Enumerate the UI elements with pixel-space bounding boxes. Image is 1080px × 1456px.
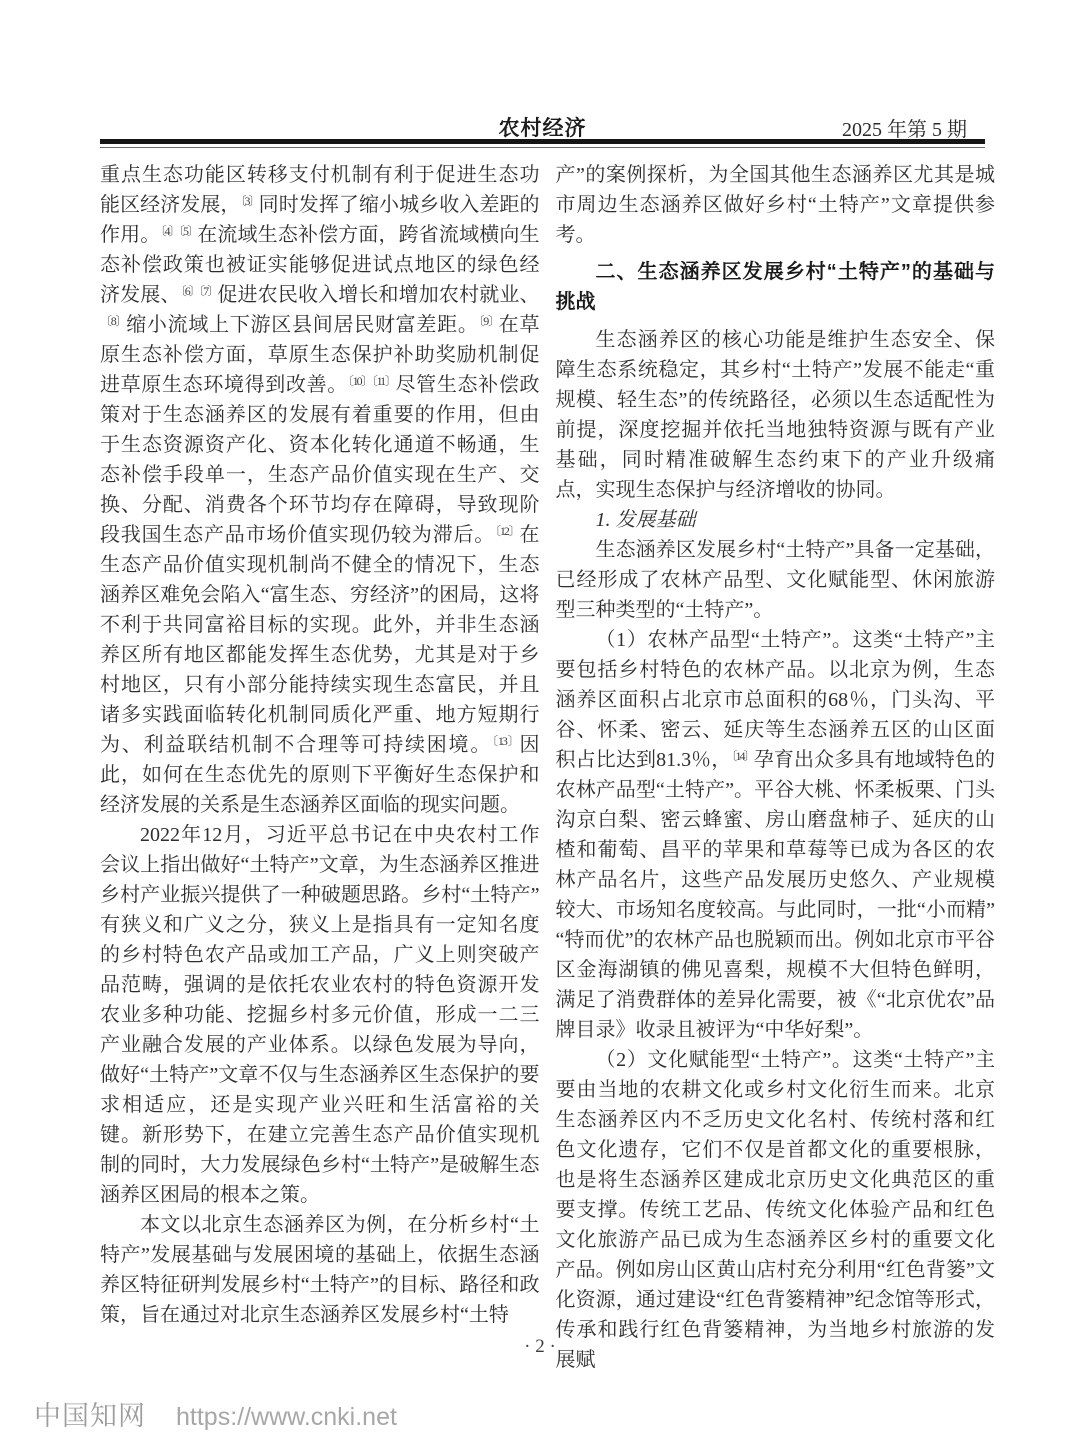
citation-marker: 〔11〕	[372, 374, 396, 388]
cnki-site-name: 中国知网	[34, 1394, 146, 1433]
cnki-url: https://www.cnki.net	[176, 1403, 397, 1432]
sub-heading: 1. 发展基础	[556, 505, 996, 535]
paragraph: 本文以北京生态涵养区为例，在分析乡村“土特产”发展基础与发展困境的基础上，依据生…	[100, 1210, 540, 1330]
left-column: 重点生态功能区转移支付机制有利于促进生态功能区经济发展，〔3〕同时发挥了缩小城乡…	[100, 160, 540, 1375]
issue-info: 2025 年第 5 期	[842, 113, 967, 142]
citation-marker: 〔8〕	[100, 314, 126, 328]
paragraph: 生态涵养区发展乡村“土特产”具备一定基础，已经形成了农林产品型、文化赋能型、休闲…	[556, 535, 996, 625]
document-page: 农村经济 2025 年第 5 期 重点生态功能区转移支付机制有利于促进生态功能区…	[0, 0, 1080, 1456]
paragraph: （2）文化赋能型“土特产”。这类“土特产”主要由当地的农耕文化或乡村文化衍生而来…	[556, 1045, 996, 1375]
paragraph: （1）农林产品型“土特产”。这类“土特产”主要包括乡村特色的农林产品。以北京为例…	[556, 625, 996, 1045]
page-number: · 2 ·	[0, 1336, 1080, 1358]
header-divider	[100, 139, 985, 148]
citation-marker: 〔13〕	[492, 734, 519, 748]
paragraph: 2022年12月，习近平总书记在中央农村工作会议上指出做好“土特产”文章，为生态…	[100, 820, 540, 1210]
right-column: 产”的案例探析，为全国其他生态涵养区尤其是城市周边生态涵养区做好乡村“土特产”文…	[556, 160, 996, 1375]
journal-title: 农村经济	[499, 112, 587, 142]
running-head: 农村经济 2025 年第 5 期	[100, 112, 985, 142]
paragraph: 生态涵养区的核心功能是维护生态安全、保障生态系统稳定，其乡村“土特产”发展不能走…	[556, 325, 996, 505]
citation-marker: 〔10〕	[348, 374, 372, 388]
paragraph: 重点生态功能区转移支付机制有利于促进生态功能区经济发展，〔3〕同时发挥了缩小城乡…	[100, 160, 540, 820]
citation-marker: 〔5〕	[179, 224, 197, 238]
citation-marker: 〔14〕	[731, 749, 753, 763]
citation-marker: 〔12〕	[495, 524, 519, 538]
citation-marker: 〔3〕	[240, 194, 258, 208]
cnki-watermark: 中国知网 https://www.cnki.net	[34, 1394, 397, 1433]
section-heading: 二、生态涵养区发展乡村“土特产”的基础与挑战	[556, 257, 996, 317]
citation-marker: 〔9〕	[479, 314, 499, 328]
citation-marker: 〔7〕	[199, 284, 217, 298]
divider-thick-line	[100, 139, 985, 144]
citation-marker: 〔4〕	[160, 224, 178, 238]
citation-marker: 〔6〕	[181, 284, 199, 298]
paragraph: 产”的案例探析，为全国其他生态涵养区尤其是城市周边生态涵养区做好乡村“土特产”文…	[556, 160, 996, 250]
article-body: 重点生态功能区转移支付机制有利于促进生态功能区经济发展，〔3〕同时发挥了缩小城乡…	[100, 160, 995, 1375]
divider-thin-line	[100, 147, 985, 148]
